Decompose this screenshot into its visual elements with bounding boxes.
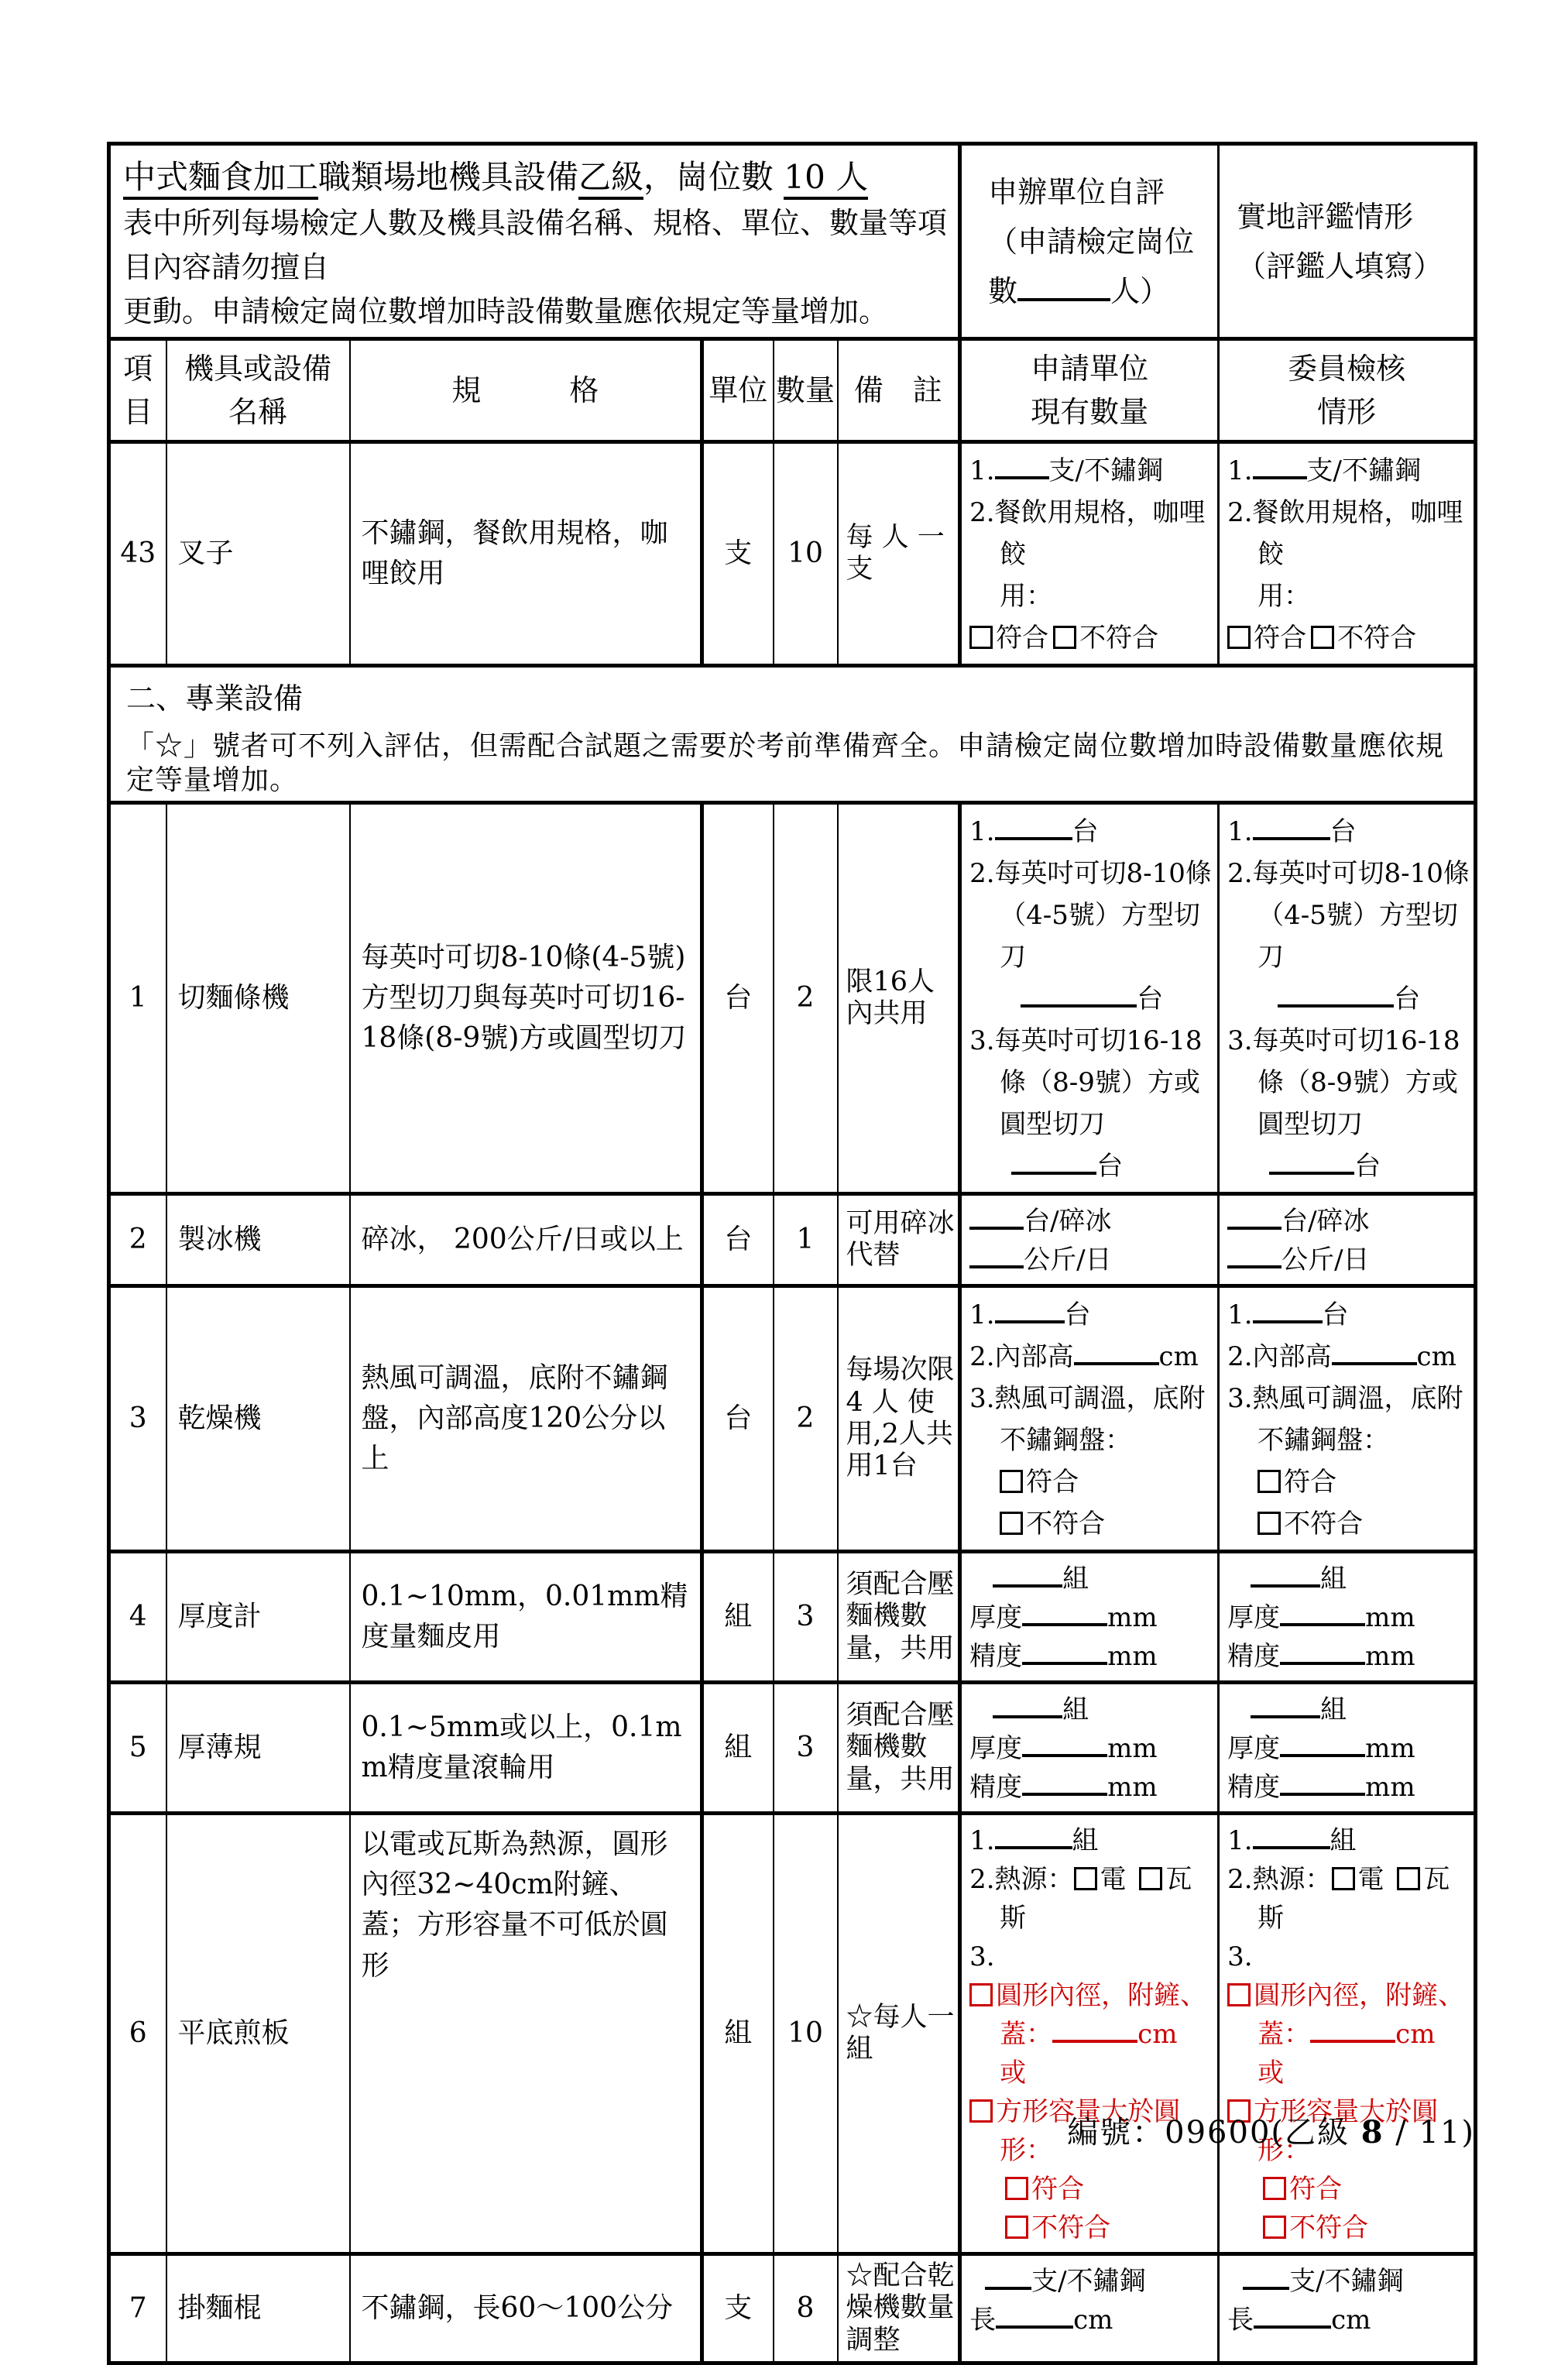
blank-underline bbox=[1251, 1693, 1320, 1718]
row2-no: 2 bbox=[109, 1194, 166, 1286]
row43-qty: 10 bbox=[774, 442, 838, 666]
blank-underline bbox=[969, 1243, 1024, 1268]
col-header-item: 項目 bbox=[109, 339, 166, 442]
col-header-note: 備 註 bbox=[838, 339, 960, 442]
checkbox-icon bbox=[1257, 1470, 1281, 1493]
row43-committee-cell: 1.支/不鏽鋼 2.餐飲用規格，咖哩餃 用： 符合不符合 bbox=[1219, 442, 1476, 666]
row6-name: 平底煎板 bbox=[166, 1814, 350, 2254]
blank-underline bbox=[1253, 815, 1330, 840]
form-instruction-line1: 表中所列每場檢定人數及機具設備名稱、規格、單位、數量等項目內容請勿擅自 bbox=[123, 201, 953, 290]
checkbox-icon bbox=[1139, 1867, 1162, 1890]
section-header-cell: 二、專業設備 「☆」號者可不列入評估，但需配合試題之需要於考前準備齊全。申請檢定… bbox=[109, 666, 1476, 803]
table-row: 6 平底煎板 以電或瓦斯為熱源，圓形內徑32~40cm附鏟、蓋；方形容量不可低於… bbox=[109, 1814, 1476, 2254]
row7-name: 掛麵棍 bbox=[166, 2254, 350, 2363]
row4-spec: 0.1~10mm，0.01mm精度量麵皮用 bbox=[350, 1552, 702, 1683]
blank-underline bbox=[1011, 1149, 1096, 1175]
checkbox-icon bbox=[1074, 1867, 1097, 1890]
row3-committee-cell: 1.台 2.內部高cm 3.熱風可調溫，底附不鏽鋼盤： 符合 不符合 bbox=[1219, 1286, 1476, 1552]
checkbox-icon bbox=[1332, 1867, 1355, 1890]
row7-no: 7 bbox=[109, 2254, 166, 2363]
checkbox-icon bbox=[1263, 2216, 1286, 2239]
row6-spec: 以電或瓦斯為熱源，圓形內徑32~40cm附鏟、蓋；方形容量不可低於圓形 bbox=[350, 1814, 702, 2254]
blank-underline bbox=[1280, 1732, 1365, 1757]
row2-apply-cell: 台/碎冰 公斤/日 bbox=[960, 1194, 1219, 1286]
row1-qty: 2 bbox=[774, 803, 838, 1194]
row43-no: 43 bbox=[109, 442, 166, 666]
row4-apply-cell: 組 厚度mm 精度mm bbox=[960, 1552, 1219, 1683]
blank-underline bbox=[1280, 1770, 1365, 1796]
row4-name: 厚度計 bbox=[166, 1552, 350, 1683]
col-header-spec: 規 格 bbox=[350, 339, 702, 442]
section-note: 「☆」號者可不列入評估，但需配合試題之需要於考前準備齊全。申請檢定崗位數增加時設… bbox=[126, 729, 1469, 798]
row6-note: ☆每人一組 bbox=[838, 1814, 960, 2254]
blank-underline bbox=[1278, 982, 1394, 1007]
row3-apply-cell: 1.台 2.內部高cm 3.熱風可調溫，底附不鏽鋼盤： 符合 不符合 bbox=[960, 1286, 1219, 1552]
blank-underline bbox=[1269, 1149, 1354, 1175]
row2-name: 製冰機 bbox=[166, 1194, 350, 1286]
row5-spec: 0.1~5mm或以上，0.1mm精度量滾輪用 bbox=[350, 1683, 702, 1814]
row2-spec: 碎冰， 200公斤/日或以上 bbox=[350, 1194, 702, 1286]
blank-underline bbox=[1022, 1770, 1107, 1796]
blank-underline bbox=[995, 815, 1072, 840]
col-header-committee: 委員檢核 情形 bbox=[1219, 339, 1476, 442]
row5-apply-cell: 組 厚度mm 精度mm bbox=[960, 1683, 1219, 1814]
blank-underline bbox=[1022, 1639, 1107, 1665]
row4-no: 4 bbox=[109, 1552, 166, 1683]
checkbox-icon bbox=[969, 2099, 993, 2123]
row6-unit: 組 bbox=[702, 1814, 774, 2254]
blank-underline bbox=[993, 1693, 1062, 1718]
row3-spec: 熱風可調溫，底附不鏽鋼盤，內部高度120公分以上 bbox=[350, 1286, 702, 1552]
row3-qty: 2 bbox=[774, 1286, 838, 1552]
footer-suffix: / 11) bbox=[1384, 2115, 1475, 2150]
checkbox-icon bbox=[1000, 1470, 1023, 1493]
title-underlined-trade: 中式麵食加工 bbox=[123, 158, 318, 200]
blank-underline bbox=[1280, 1639, 1365, 1665]
row5-qty: 3 bbox=[774, 1683, 838, 1814]
title-underlined-count: 10 人 bbox=[784, 158, 868, 200]
footer-prefix: 編號：09600(乙級 bbox=[1067, 2115, 1361, 2150]
checkbox-icon bbox=[1311, 626, 1334, 649]
row5-note: 須配合壓麵機數量，共用 bbox=[838, 1683, 960, 1814]
row7-committee-cell: 支/不鏽鋼 長cm bbox=[1219, 2254, 1476, 2363]
self-eval-line2: （申請檢定崗位 bbox=[988, 217, 1211, 266]
blank-underline bbox=[1243, 2264, 1289, 2290]
checkbox-icon bbox=[1227, 1983, 1251, 2006]
row5-committee-cell: 組 厚度mm 精度mm bbox=[1219, 1683, 1476, 1814]
row1-committee-cell: 1.台 2.每英吋可切8-10條（4-5號）方型切刀 台 3.每英吋可切16-1… bbox=[1219, 803, 1476, 1194]
row7-note: ☆配合乾燥機數量調整 bbox=[838, 2254, 960, 2363]
blank-underline bbox=[1253, 1298, 1323, 1323]
blank-underline bbox=[1227, 1204, 1282, 1230]
row5-no: 5 bbox=[109, 1683, 166, 1814]
table-row: 7 掛麵棍 不鏽鋼，長60～100公分 支 8 ☆配合乾燥機數量調整 支/不鏽鋼… bbox=[109, 2254, 1476, 2363]
row6-qty: 10 bbox=[774, 1814, 838, 2254]
checkbox-icon bbox=[1005, 2216, 1028, 2239]
row3-no: 3 bbox=[109, 1286, 166, 1552]
checkbox-icon bbox=[1005, 2177, 1028, 2200]
blank-underline bbox=[1253, 1824, 1330, 1849]
blank-underline bbox=[1251, 1562, 1320, 1588]
row43-note: 每 人 一支 bbox=[838, 442, 960, 666]
table-row: 1 切麵條機 每英吋可切8-10條(4-5號)方型切刀與每英吋可切16-18條(… bbox=[109, 803, 1476, 1194]
title-text: ，崗位數 bbox=[643, 158, 784, 196]
row6-no: 6 bbox=[109, 1814, 166, 2254]
checkbox-icon bbox=[1000, 1512, 1023, 1535]
row4-note: 須配合壓麵機數量，共用 bbox=[838, 1552, 960, 1683]
section-title: 二、專業設備 bbox=[126, 678, 1469, 719]
blank-underline bbox=[1022, 1601, 1107, 1626]
row1-spec: 每英吋可切8-10條(4-5號)方型切刀與每英吋可切16-18條(8-9號)方或… bbox=[350, 803, 702, 1194]
table-row: 3 乾燥機 熱風可調溫，底附不鏽鋼盤，內部高度120公分以上 台 2 每場次限4… bbox=[109, 1286, 1476, 1552]
blank-underline bbox=[1253, 454, 1307, 479]
row3-unit: 台 bbox=[702, 1286, 774, 1552]
row7-spec: 不鏽鋼，長60～100公分 bbox=[350, 2254, 702, 2363]
blank-underline bbox=[1052, 2017, 1137, 2043]
row4-committee-cell: 組 厚度mm 精度mm bbox=[1219, 1552, 1476, 1683]
row7-unit: 支 bbox=[702, 2254, 774, 2363]
form-instruction-line2: 更動。申請檢定崗位數增加時設備數量應依規定等量增加。 bbox=[123, 290, 953, 334]
row43-name: 叉子 bbox=[166, 442, 350, 666]
row4-unit: 組 bbox=[702, 1552, 774, 1683]
row2-unit: 台 bbox=[702, 1194, 774, 1286]
form-title-cell: 中式麵食加工職類場地機具設備乙級，崗位數 10 人 表中所列每場檢定人數及機具設… bbox=[109, 144, 960, 339]
row43-apply-cell: 1.支/不鏽鋼 2.餐飲用規格，咖哩餃 用： 符合不符合 bbox=[960, 442, 1219, 666]
table-row: 5 厚薄規 0.1~5mm或以上，0.1mm精度量滾輪用 組 3 須配合壓麵機數… bbox=[109, 1683, 1476, 1814]
form-title: 中式麵食加工職類場地機具設備乙級，崗位數 10 人 bbox=[123, 153, 953, 201]
self-eval-line1: 申辦單位自評 bbox=[988, 167, 1211, 217]
blank-underline bbox=[1332, 1340, 1417, 1365]
row7-qty: 8 bbox=[774, 2254, 838, 2363]
page-number-footer: 編號：09600(乙級 8 / 11) bbox=[1067, 2108, 1475, 2152]
row43-spec: 不鏽鋼，餐飲用規格，咖哩餃用 bbox=[350, 442, 702, 666]
row6-committee-cell: 1.組 2.熱源：電 瓦斯 3. 圓形內徑，附鏟、蓋：cm 或 方形容量大於圓形… bbox=[1219, 1814, 1476, 2254]
row2-committee-cell: 台/碎冰 公斤/日 bbox=[1219, 1194, 1476, 1286]
blank-underline bbox=[993, 1562, 1062, 1588]
row1-name: 切麵條機 bbox=[166, 803, 350, 1194]
blank-underline bbox=[1254, 2303, 1331, 2329]
blank-underline bbox=[1022, 1732, 1107, 1757]
blank-underline bbox=[995, 1298, 1065, 1323]
blank-underline bbox=[995, 1824, 1072, 1849]
self-eval-line3: 數人） bbox=[988, 266, 1211, 316]
row43-unit: 支 bbox=[702, 442, 774, 666]
table-row: 4 厚度計 0.1~10mm，0.01mm精度量麵皮用 組 3 須配合壓麵機數量… bbox=[109, 1552, 1476, 1683]
title-text: 職類場地機具設備 bbox=[318, 158, 578, 196]
col-header-name: 機具或設備 名稱 bbox=[166, 339, 350, 442]
row5-unit: 組 bbox=[702, 1683, 774, 1814]
row1-no: 1 bbox=[109, 803, 166, 1194]
row2-qty: 1 bbox=[774, 1194, 838, 1286]
blank-underline bbox=[1021, 982, 1137, 1007]
site-eval-text: 實地評鑑情形（評鑑人填寫） bbox=[1237, 192, 1466, 291]
blank-underline bbox=[1310, 2017, 1395, 2043]
blank-underline bbox=[1280, 1601, 1365, 1626]
col-header-unit: 單位 bbox=[702, 339, 774, 442]
row1-note: 限16人內共用 bbox=[838, 803, 960, 1194]
row6-apply-cell: 1.組 2.熱源：電 瓦斯 3. 圓形內徑，附鏟、蓋：cm 或 方形容量大於圓形… bbox=[960, 1814, 1219, 2254]
row7-apply-cell: 支/不鏽鋼 長cm bbox=[960, 2254, 1219, 2363]
blank-underline bbox=[1074, 1340, 1159, 1365]
row1-unit: 台 bbox=[702, 803, 774, 1194]
checkbox-icon bbox=[1227, 626, 1251, 649]
row3-note: 每場次限4 人 使用,2人共用1台 bbox=[838, 1286, 960, 1552]
row1-apply-cell: 1.台 2.每英吋可切8-10條（4-5號）方型切刀 台 3.每英吋可切16-1… bbox=[960, 803, 1219, 1194]
table-row: 43 叉子 不鏽鋼，餐飲用規格，咖哩餃用 支 10 每 人 一支 1.支/不鏽鋼… bbox=[109, 442, 1476, 666]
self-eval-header-cell: 申辦單位自評 （申請檢定崗位 數人） bbox=[960, 144, 1219, 339]
blank-underline bbox=[995, 454, 1049, 479]
blank-underline bbox=[969, 1204, 1024, 1230]
checkbox-icon bbox=[969, 626, 993, 649]
col-header-qty: 數量 bbox=[774, 339, 838, 442]
title-underlined-level: 乙級 bbox=[578, 158, 643, 200]
row4-qty: 3 bbox=[774, 1552, 838, 1683]
blank-underline bbox=[985, 2264, 1031, 2290]
row3-name: 乾燥機 bbox=[166, 1286, 350, 1552]
table-row: 2 製冰機 碎冰， 200公斤/日或以上 台 1 可用碎冰代替 台/碎冰 公斤/… bbox=[109, 1194, 1476, 1286]
blank-underline bbox=[996, 2303, 1073, 2329]
checkbox-icon bbox=[1397, 1867, 1420, 1890]
col-header-apply: 申請單位 現有數量 bbox=[960, 339, 1219, 442]
row5-name: 厚薄規 bbox=[166, 1683, 350, 1814]
row2-note: 可用碎冰代替 bbox=[838, 1194, 960, 1286]
checkbox-icon bbox=[1053, 626, 1076, 649]
checkbox-icon bbox=[1257, 1512, 1281, 1535]
site-eval-header-cell: 實地評鑑情形（評鑑人填寫） bbox=[1219, 144, 1476, 339]
checkbox-icon bbox=[1263, 2177, 1286, 2200]
checkbox-icon bbox=[969, 1983, 993, 2006]
equipment-table: 中式麵食加工職類場地機具設備乙級，崗位數 10 人 表中所列每場檢定人數及機具設… bbox=[107, 142, 1477, 2365]
blank-underline bbox=[1017, 273, 1110, 300]
footer-page-number: 8 bbox=[1361, 2114, 1384, 2150]
document-page: { "colors": { "accent_red": "#cc0000", "… bbox=[0, 0, 1568, 2220]
blank-underline bbox=[1227, 1243, 1282, 1268]
